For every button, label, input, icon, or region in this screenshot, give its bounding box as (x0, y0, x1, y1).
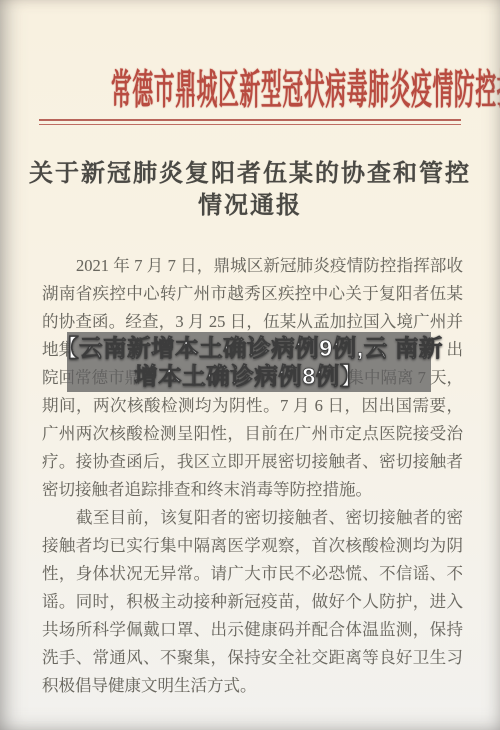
double-rule-divider (39, 119, 461, 125)
body-line: 疗。接协查函后，我区立即开展密切接触者、密切接触者的 (42, 448, 463, 476)
body-line: 性，身体状况无异常。请广大市民不必恐慌、不信谣、不传 (42, 560, 463, 588)
agency-header-text: 常德市鼎城区新型冠状病毒肺炎疫情防控指挥部 (111, 56, 500, 115)
document-body: 2021 年 7 月 7 日，鼎城区新冠肺炎疫情防控指挥部收到 湖南省疾控中心转… (42, 252, 463, 700)
document-title-line2: 情况通报 (0, 190, 500, 222)
body-line: 2021 年 7 月 7 日，鼎城区新冠肺炎疫情防控指挥部收到 (42, 252, 463, 280)
body-line: 谣。同时，积极主动接种新冠疫苗，做好个人防护，进入公 (42, 588, 463, 616)
document-title-line1: 关于新冠肺炎复阳者伍某的协查和管控 (0, 158, 500, 190)
body-line: 接触者均已实行集中隔离医学观察，首次核酸检测均为阴 (42, 532, 463, 560)
body-line: 洗手、常通风、不聚集，保持安全社交距离等良好卫生习惯， (42, 644, 463, 672)
caption-line1: 【云南新增本土确诊病例9例,云 南新 (55, 334, 443, 362)
document-title: 关于新冠肺炎复阳者伍某的协查和管控 情况通报 (0, 158, 500, 222)
body-line-fragment-right: 出 (447, 336, 464, 364)
body-line: 广州两次核酸检测呈阳性，目前在广州市定点医院接受治 (42, 420, 463, 448)
body-line: 截至目前，该复阳者的密切接触者、密切接触者的密切 (42, 504, 463, 532)
body-line: 共场所科学佩戴口罩、出示健康码并配合体温监测，保持勤 (42, 616, 463, 644)
body-line: 密切接触者追踪排查和终末消毒等防控措施。 (42, 476, 463, 504)
body-line: 湖南省疾控中心转广州市越秀区疾控中心关于复阳者伍某 (42, 280, 463, 308)
body-line: 期间，两次核酸检测均为阴性。7 月 6 日，因出国需要，在 (42, 392, 463, 420)
news-caption-overlay: 【云南新增本土确诊病例9例,云 南新 增本土确诊病例8例】 (67, 332, 431, 392)
document-photo: 常德市鼎城区新型冠状病毒肺炎疫情防控指挥部 关于新冠肺炎复阳者伍某的协查和管控 … (0, 0, 500, 730)
caption-line2: 增本土确诊病例8例】 (134, 362, 364, 390)
body-line: 积极倡导健康文明生活方式。 (42, 672, 463, 700)
agency-header: 常德市鼎城区新型冠状病毒肺炎疫情防控指挥部 (0, 56, 500, 101)
